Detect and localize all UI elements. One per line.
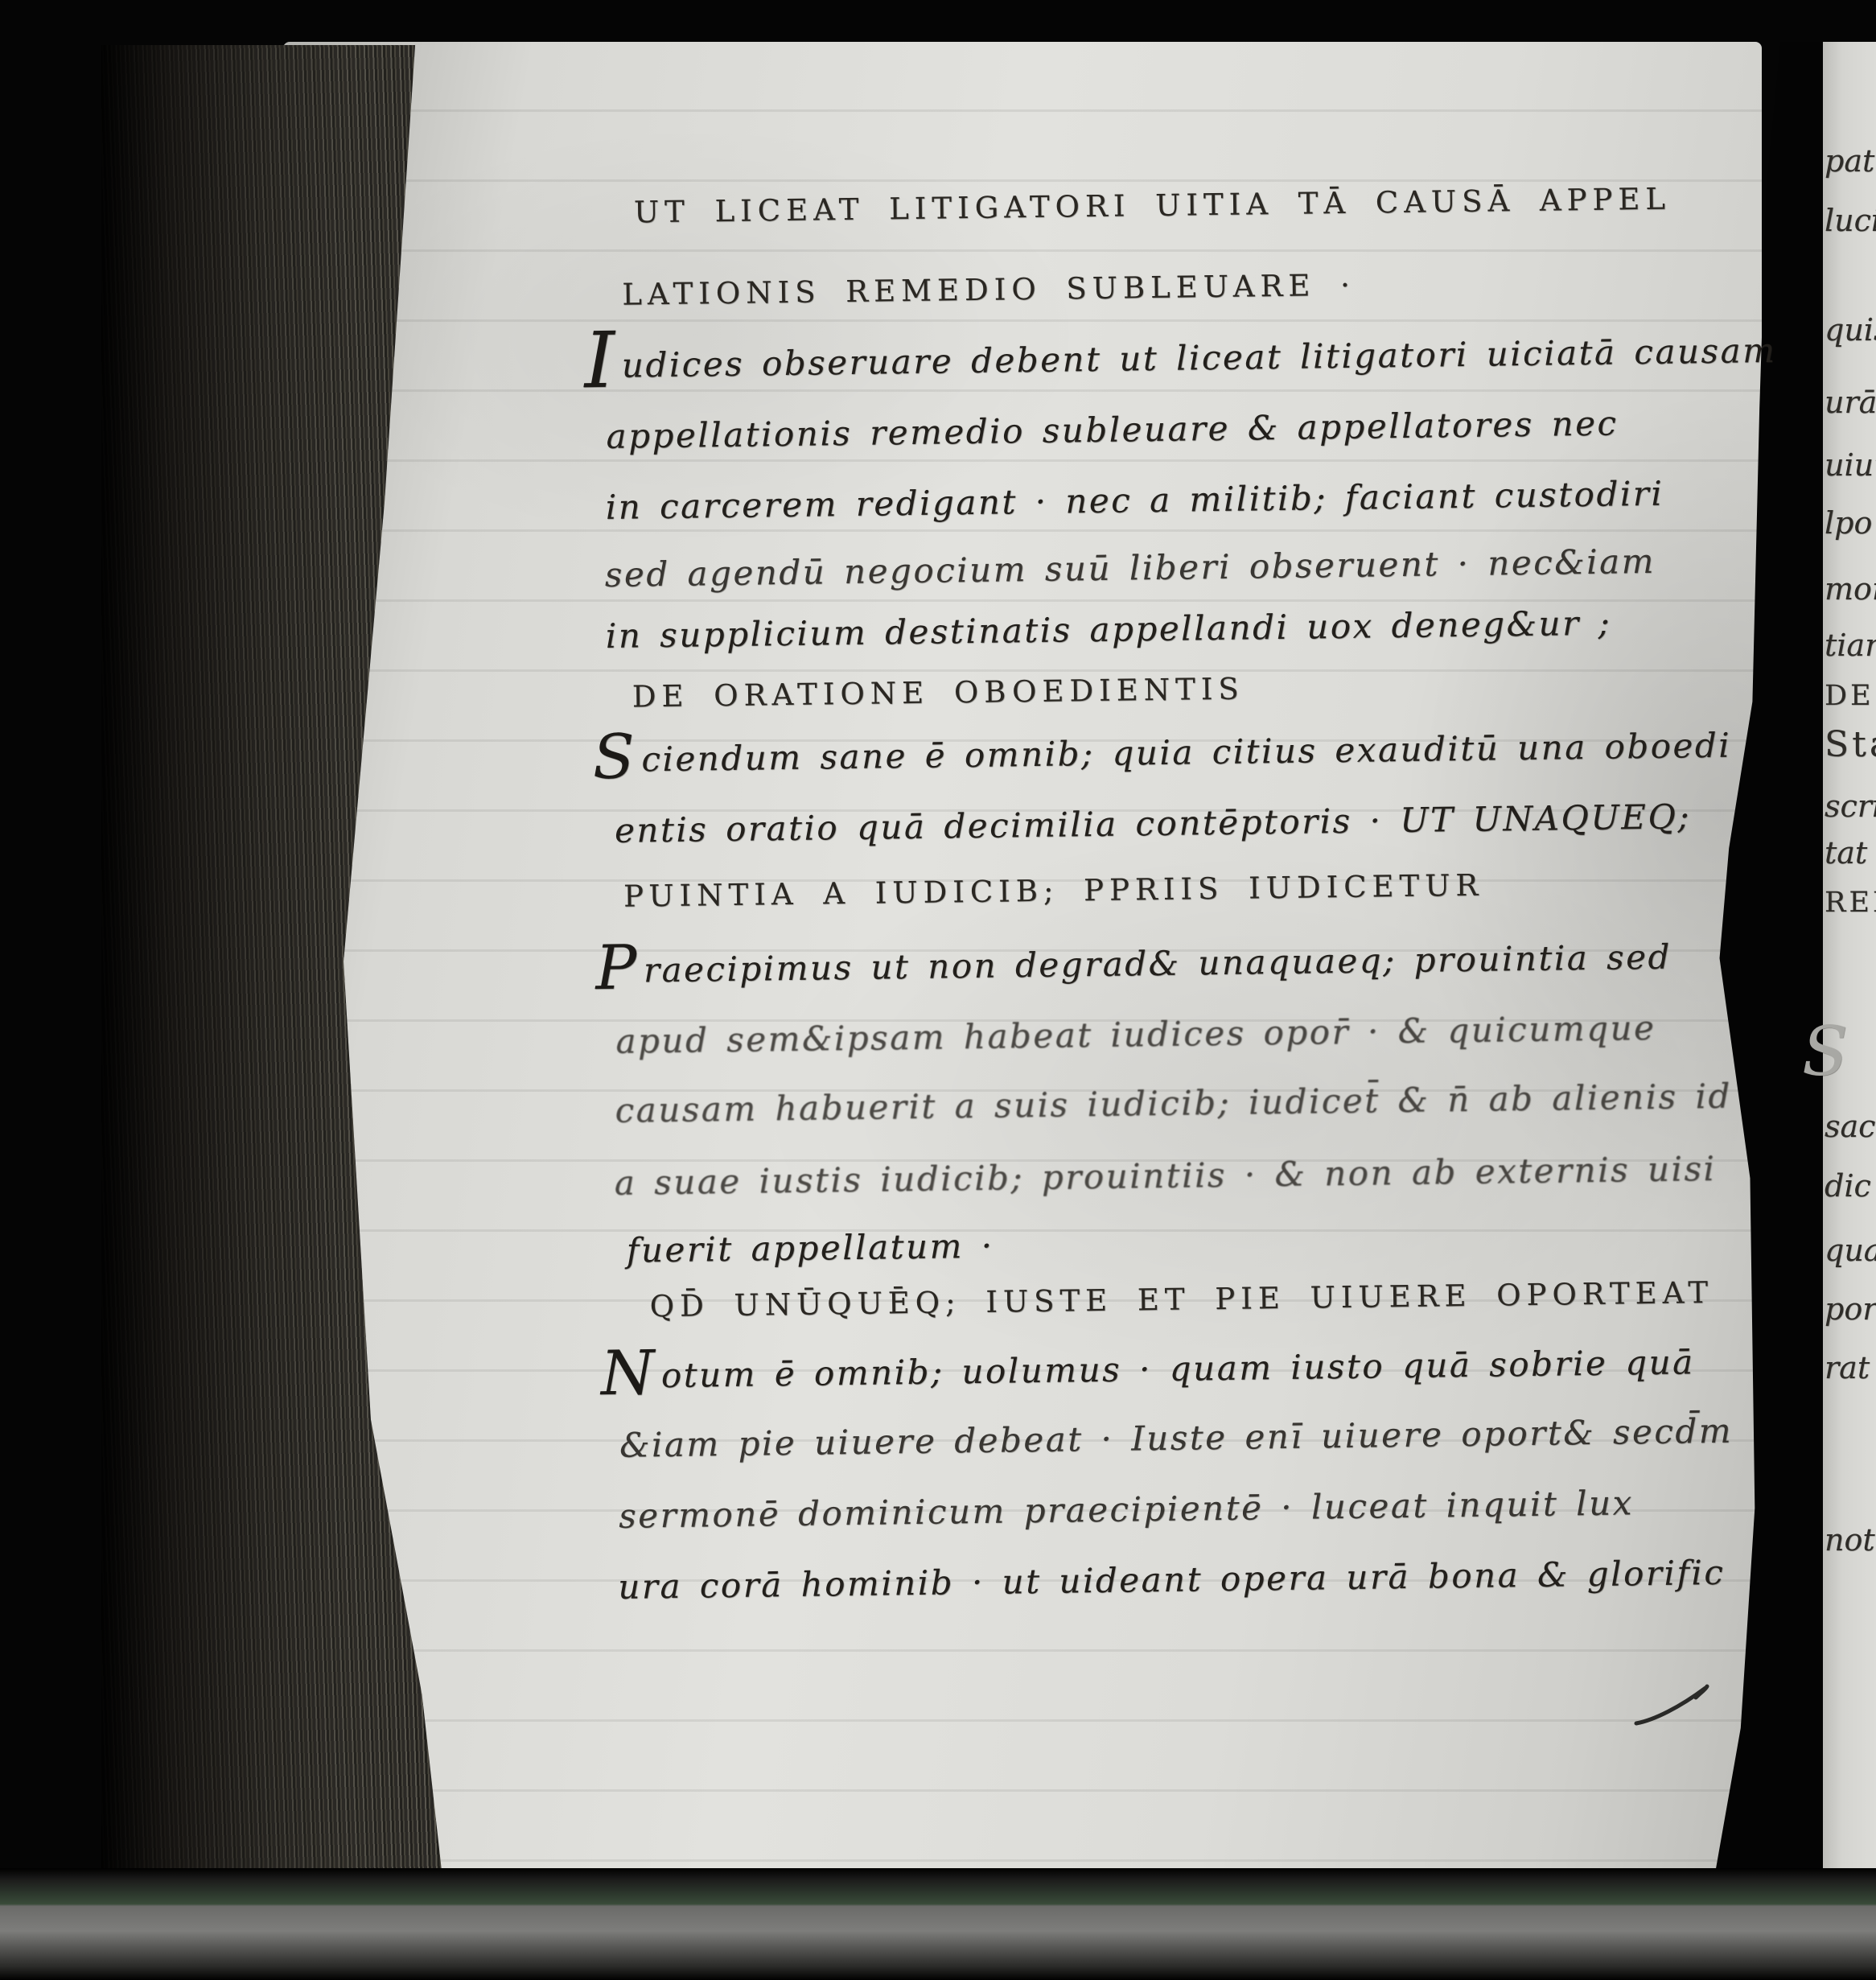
right-page-fragment: quis xyxy=(1825,312,1876,348)
manuscript-line: ura corā hominib · ut uideant opera urā … xyxy=(618,1553,1726,1607)
manuscript-line: entis oratio quā decimilia contēptoris ·… xyxy=(615,797,1692,851)
manuscript-line: fuerit appellatum · xyxy=(627,1226,994,1271)
right-page-fragment: REL xyxy=(1825,887,1876,919)
right-page-fragment: uiuu xyxy=(1825,447,1876,483)
right-page-fragment: mor xyxy=(1825,571,1876,607)
manuscript-line: Sciendum sane ē omnib; quia citius exaud… xyxy=(606,726,1732,780)
right-page-fragment: dic xyxy=(1825,1168,1871,1204)
pen-flourish-mark xyxy=(1633,1683,1710,1731)
line-text: udices obseruare debent ut liceat litiga… xyxy=(622,331,1777,385)
line-text: ciendum sane ē omnib; quia citius exaudi… xyxy=(641,726,1731,780)
manuscript-line: Notum ē omnib; uolumus · quam iusto quā … xyxy=(614,1342,1695,1397)
manuscript-line: a suae iustis iudicib; prouintiis · & no… xyxy=(614,1149,1716,1204)
manuscript-text-block: UT LICEAT LITIGATORI UITIA TĀ CAUSĀ APPE… xyxy=(596,0,1811,1875)
right-page-fragment: scri xyxy=(1825,788,1876,824)
manuscript-line: sed agendū negocium suū liberi obseruent… xyxy=(605,541,1656,595)
right-page-fragment: rat xyxy=(1825,1350,1870,1385)
manuscript-line: sermonē dominicum praecipientē · luceat … xyxy=(619,1483,1634,1537)
right-page-fragment: tiar xyxy=(1825,628,1876,663)
right-page-fragment: urā xyxy=(1825,385,1876,420)
manuscript-line: Iudices obseruare debent ut liceat litig… xyxy=(600,329,1777,386)
right-page-fragment: sac xyxy=(1825,1109,1875,1144)
manuscript-line: causam habuerit a suis iudicib; iudicet̄… xyxy=(615,1076,1732,1131)
right-page-fragment: S xyxy=(1802,1012,1849,1091)
manuscript-line: apud sem&ipsam habeat iudices opor̄ · & … xyxy=(615,1008,1656,1062)
line-text: raecipimus ut non degrad& unaquaeq; prou… xyxy=(644,937,1672,990)
rubric-line: QD̄ UNŪQUĒQ; IUSTE ET PIE UIUERE OPORTEA… xyxy=(649,1273,1713,1327)
right-page-fragment: not xyxy=(1825,1522,1875,1558)
drop-cap-initial: I xyxy=(584,344,617,377)
right-page-fragment: patr xyxy=(1825,143,1876,179)
rubric-line: PUINTIA A IUDICIB; PPRIIS IUDICETUR xyxy=(623,866,1484,917)
drop-cap-initial: P xyxy=(595,951,639,984)
rubric-line: LATIONIS REMEDIO SUBLEUARE · xyxy=(622,266,1356,315)
manuscript-line: in carcerem redigant · nec a militib; fa… xyxy=(605,474,1664,528)
manuscript-line: appellationis remedio subleuare & appell… xyxy=(606,403,1619,456)
drop-cap-initial: S xyxy=(593,740,637,773)
manuscript-line: in supplicium destinatis appellandi uox … xyxy=(606,603,1612,657)
right-page-fragment: DE xyxy=(1825,680,1874,712)
right-page-fragment: por xyxy=(1825,1291,1876,1327)
right-page-fragment: lpo xyxy=(1825,505,1872,541)
right-page-fragment: Stat xyxy=(1825,724,1876,765)
rubric-line: DE ORATIONE OBOEDIENTIS xyxy=(632,669,1245,718)
rubric-line: UT LICEAT LITIGATORI UITIA TĀ CAUSĀ APPE… xyxy=(634,179,1672,233)
line-text: otum ē omnib; uolumus · quam iusto quā s… xyxy=(661,1342,1695,1395)
drop-cap-initial: N xyxy=(601,1356,657,1389)
manuscript-line: &iam pie uiuere debeat · Iuste enī uiuer… xyxy=(619,1411,1734,1466)
right-page-fragment: tat xyxy=(1825,835,1867,871)
manuscript-photo: UT LICEAT LITIGATORI UITIA TĀ CAUSĀ APPE… xyxy=(0,0,1876,1980)
right-page-fragment: luci xyxy=(1825,203,1876,238)
right-page-fragment: qua xyxy=(1825,1233,1876,1268)
manuscript-line: Praecipimus ut non degrad& unaquaeq; pro… xyxy=(608,937,1672,991)
table-surface-band xyxy=(0,1868,1876,1980)
